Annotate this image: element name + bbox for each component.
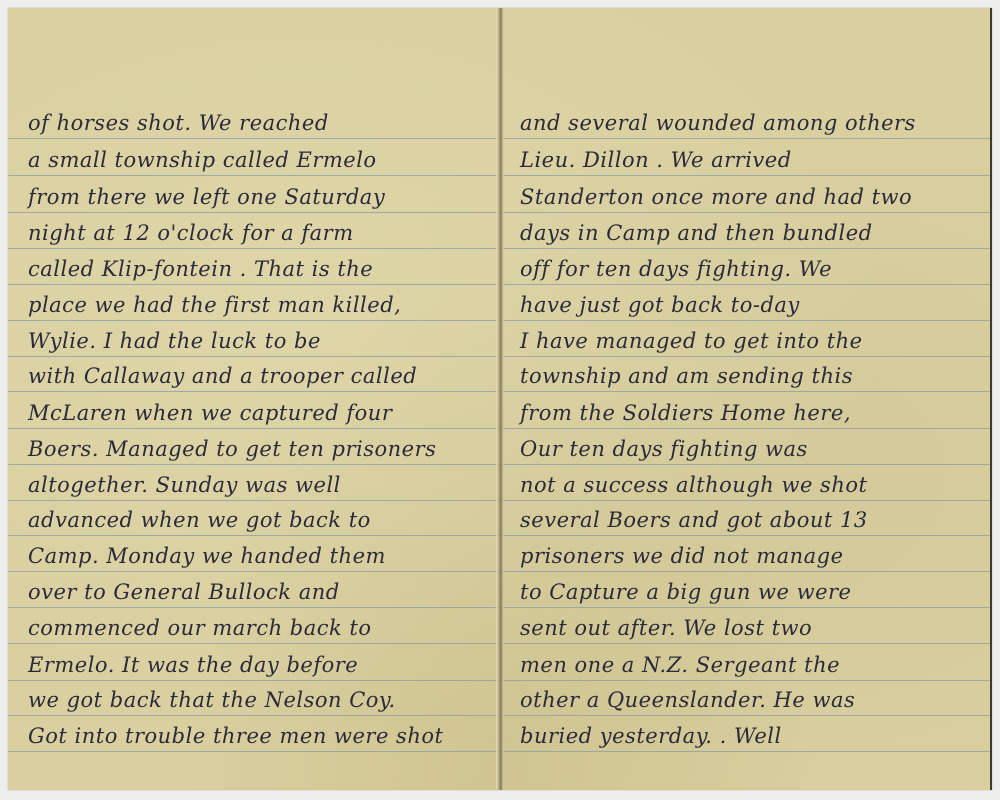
line-text: other a Queenslander. He was — [520, 682, 855, 718]
line-text: Wylie. I had the luck to be — [28, 323, 321, 359]
line-text: advanced when we got back to — [28, 502, 371, 538]
line-text: several Boers and got about 13 — [520, 502, 868, 538]
line-text: Boers. Managed to get ten prisoners — [28, 431, 436, 467]
handwritten-line: a small township called Ermelo — [28, 142, 482, 178]
handwritten-line: McLaren when we captured four — [28, 395, 482, 431]
handwritten-line: buried yesterday. . Well — [520, 718, 972, 754]
line-text: McLaren when we captured four — [28, 395, 392, 431]
handwritten-line: several Boers and got about 13 — [520, 502, 972, 538]
line-text: sent out after. We lost two — [520, 610, 812, 646]
line-text: Lieu. Dillon . We arrived — [520, 142, 792, 178]
handwritten-line: other a Queenslander. He was — [520, 682, 972, 718]
line-text: with Callaway and a trooper called — [28, 358, 417, 394]
handwritten-line: prisoners we did not manage — [520, 538, 972, 574]
handwritten-line: Wylie. I had the luck to be — [28, 323, 482, 359]
handwritten-line: Boers. Managed to get ten prisoners — [28, 431, 482, 467]
line-text: I have managed to get into the — [520, 323, 863, 359]
line-text: prisoners we did not manage — [520, 538, 844, 574]
handwritten-line: township and am sending this — [520, 358, 972, 394]
line-text: Ermelo. It was the day before — [28, 647, 358, 683]
line-text: called Klip-fontein . That is the — [28, 251, 373, 287]
left-page: of horses shot. We reacheda small townsh… — [8, 8, 500, 790]
handwritten-line: with Callaway and a trooper called — [28, 358, 482, 394]
handwritten-line: I have managed to get into the — [520, 323, 972, 359]
handwritten-line: Our ten days fighting was — [520, 431, 972, 467]
line-text: not a success although we shot — [520, 467, 867, 503]
line-text: from the Soldiers Home here, — [520, 395, 851, 431]
handwritten-line: from the Soldiers Home here, — [520, 395, 972, 431]
handwritten-line: have just got back to-day — [520, 287, 972, 323]
handwritten-line: advanced when we got back to — [28, 502, 482, 538]
line-text: and several wounded among others — [520, 105, 916, 141]
line-text: night at 12 o'clock for a farm — [28, 215, 354, 251]
handwritten-line: Lieu. Dillon . We arrived — [520, 142, 972, 178]
handwritten-line: called Klip-fontein . That is the — [28, 251, 482, 287]
line-text: a small township called Ermelo — [28, 142, 377, 178]
line-text: Standerton once more and had two — [520, 179, 912, 215]
handwritten-line: place we had the first man killed, — [28, 287, 482, 323]
handwritten-line: of horses shot. We reached — [28, 105, 482, 141]
handwritten-line: and several wounded among others — [520, 105, 972, 141]
handwritten-line: we got back that the Nelson Coy. — [28, 682, 482, 718]
line-text: to Capture a big gun we were — [520, 574, 851, 610]
handwritten-line: over to General Bullock and — [28, 574, 482, 610]
line-text: altogether. Sunday was well — [28, 467, 341, 503]
handwritten-line: night at 12 o'clock for a farm — [28, 215, 482, 251]
line-text: township and am sending this — [520, 358, 853, 394]
line-text: from there we left one Saturday — [28, 179, 385, 215]
line-text: buried yesterday. . Well — [520, 718, 782, 754]
line-text: over to General Bullock and — [28, 574, 340, 610]
line-text: off for ten days fighting. We — [520, 251, 832, 287]
line-text: men one a N.Z. Sergeant the — [520, 647, 840, 683]
handwritten-line: altogether. Sunday was well — [28, 467, 482, 503]
line-text: of horses shot. We reached — [28, 105, 329, 141]
line-text: days in Camp and then bundled — [520, 215, 873, 251]
handwritten-line: Ermelo. It was the day before — [28, 647, 482, 683]
line-text: commenced our march back to — [28, 610, 372, 646]
line-text: have just got back to-day — [520, 287, 800, 323]
right-page: and several wounded among othersLieu. Di… — [500, 8, 992, 790]
handwritten-line: days in Camp and then bundled — [520, 215, 972, 251]
handwritten-line: from there we left one Saturday — [28, 179, 482, 215]
line-text: we got back that the Nelson Coy. — [28, 682, 396, 718]
handwritten-line: off for ten days fighting. We — [520, 251, 972, 287]
handwritten-line: men one a N.Z. Sergeant the — [520, 647, 972, 683]
page-fold — [496, 8, 504, 790]
letter-spread: of horses shot. We reacheda small townsh… — [8, 8, 992, 790]
handwritten-line: sent out after. We lost two — [520, 610, 972, 646]
line-text: Camp. Monday we handed them — [28, 538, 386, 574]
handwritten-line: Got into trouble three men were shot — [28, 718, 482, 754]
line-text: Our ten days fighting was — [520, 431, 808, 467]
handwritten-line: to Capture a big gun we were — [520, 574, 972, 610]
handwritten-line: Camp. Monday we handed them — [28, 538, 482, 574]
line-text: Got into trouble three men were shot — [28, 718, 443, 754]
handwritten-line: commenced our march back to — [28, 610, 482, 646]
handwritten-line: Standerton once more and had two — [520, 179, 972, 215]
handwritten-line: not a success although we shot — [520, 467, 972, 503]
line-text: place we had the first man killed, — [28, 287, 401, 323]
